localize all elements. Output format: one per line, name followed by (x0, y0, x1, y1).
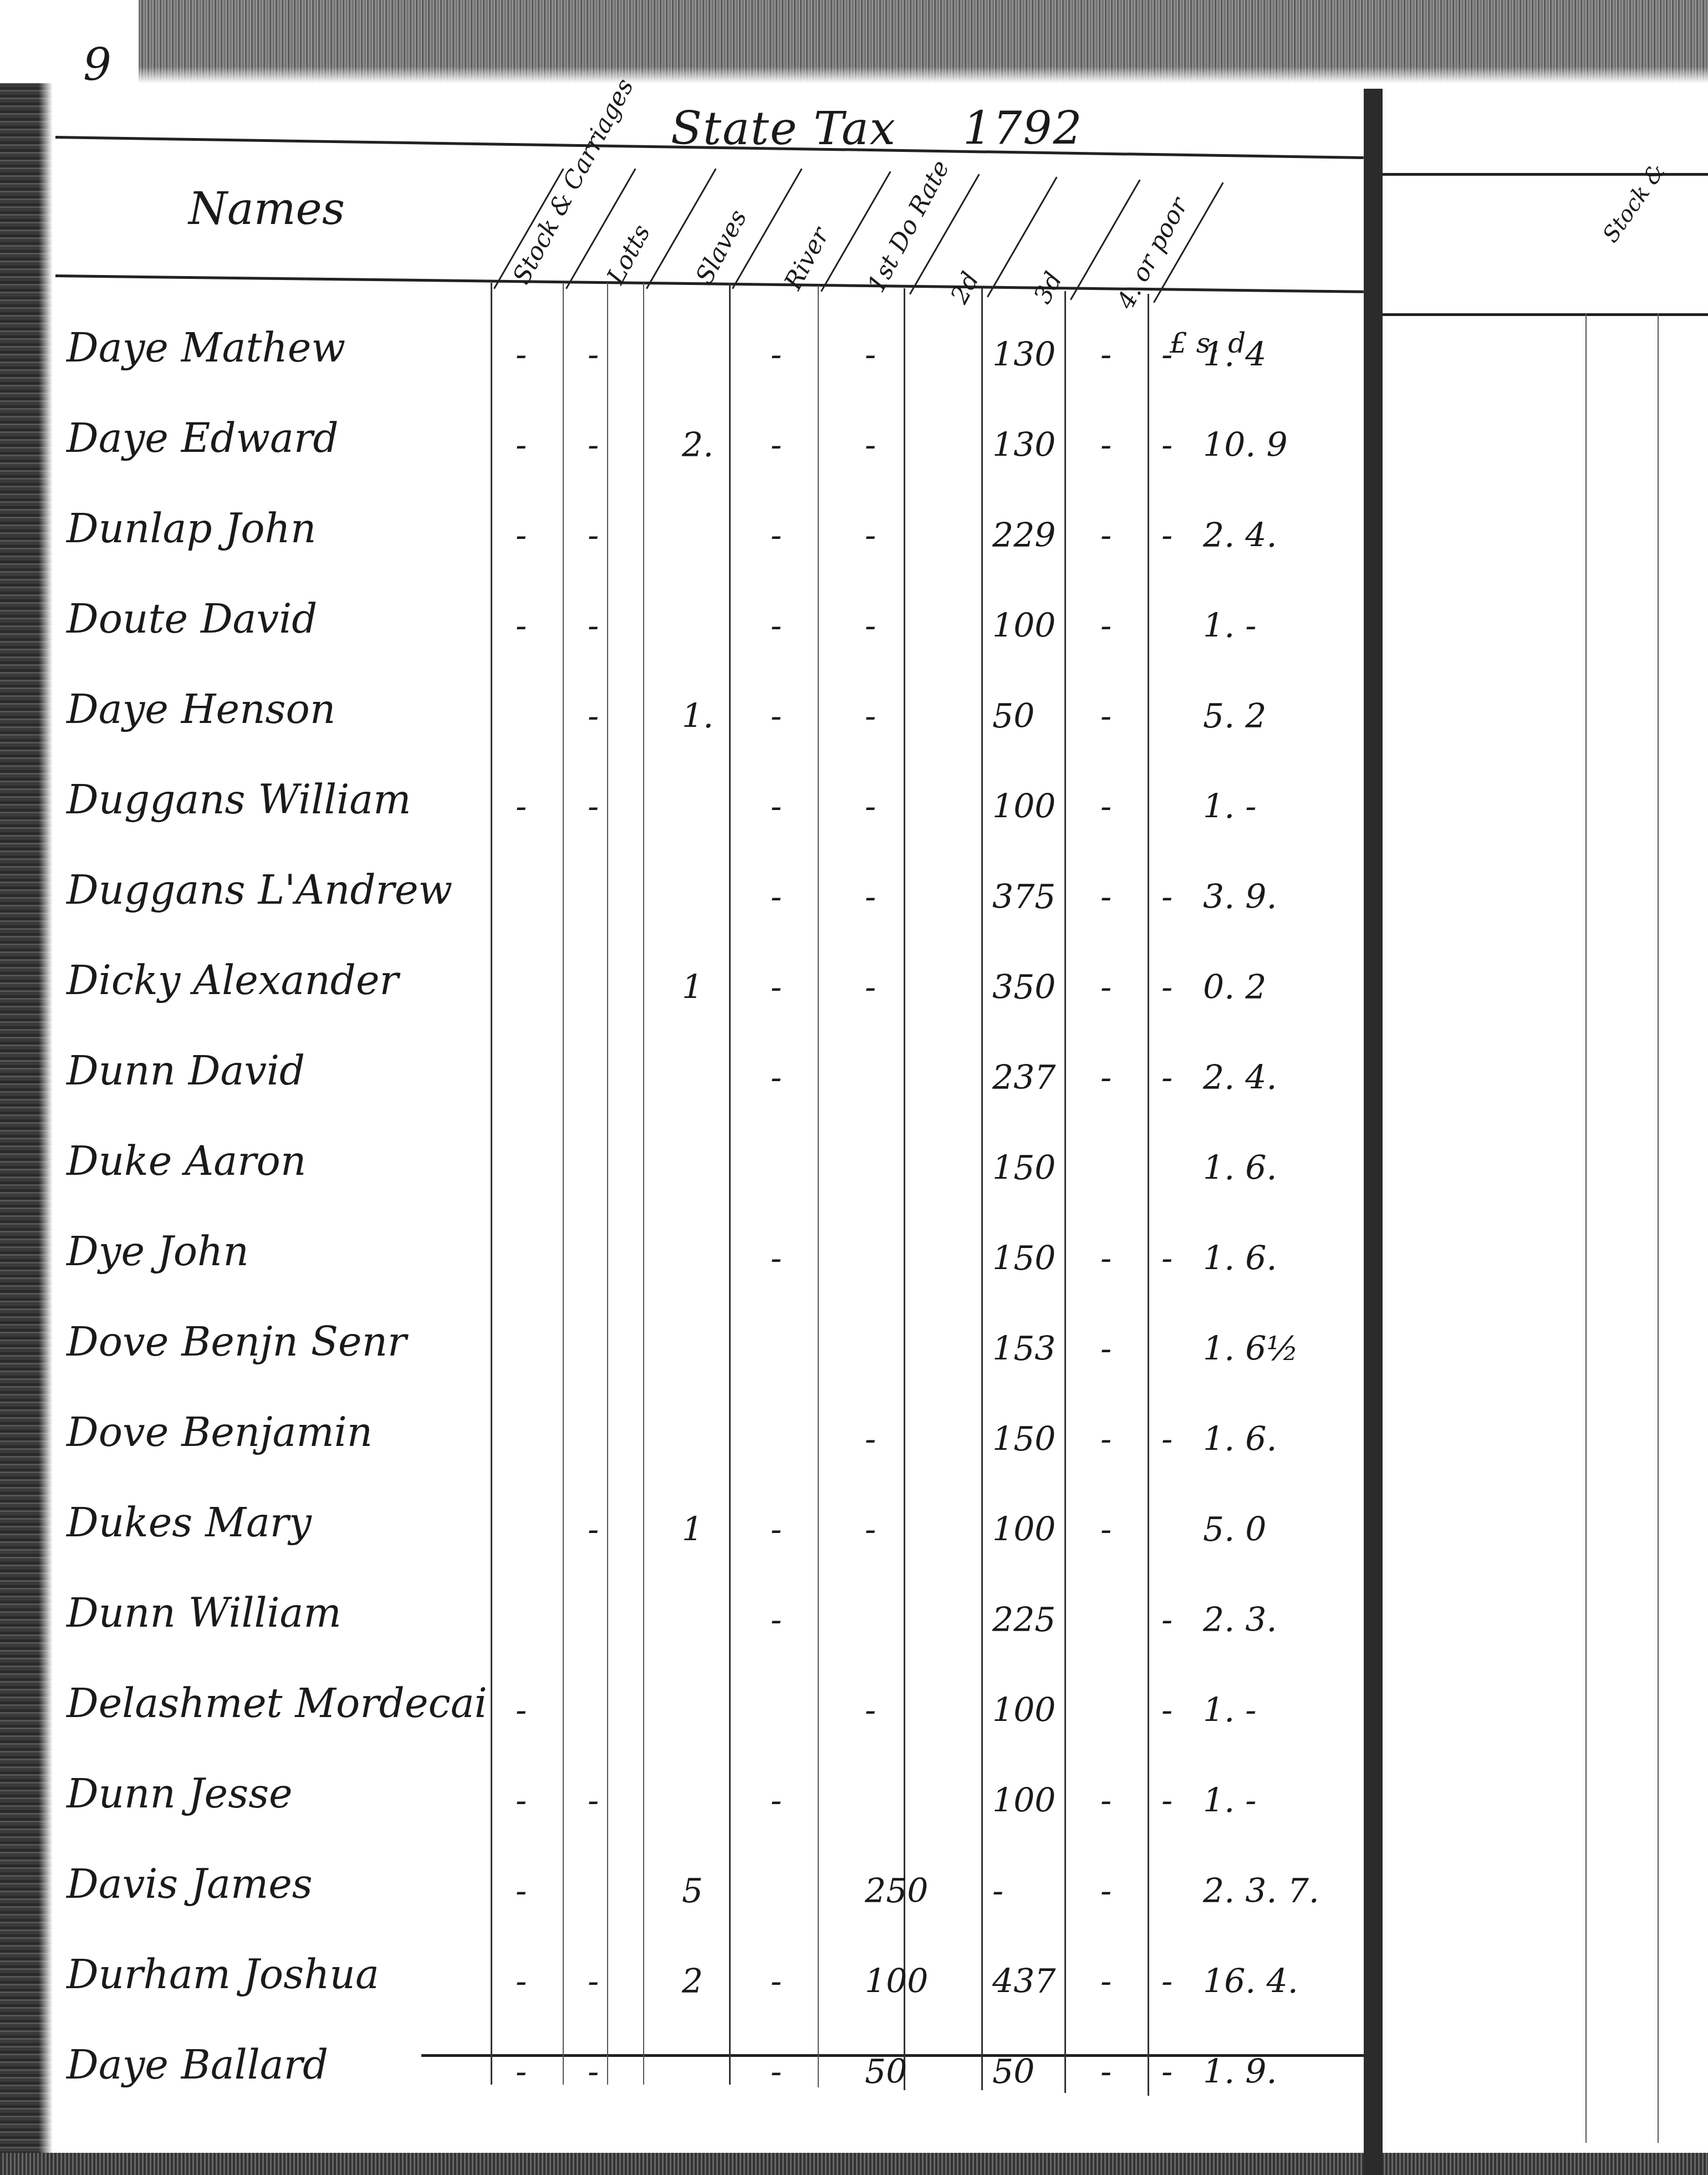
cell-second: 150 (992, 1239, 1056, 1278)
cell-third: - (1100, 335, 1112, 374)
cell-fourth-poor: - (1161, 878, 1172, 916)
cell-river: - (771, 335, 782, 374)
cell-slaves: 1 (682, 968, 703, 1007)
taxpayer-name: Durham Joshua (67, 1951, 379, 1998)
cell-tax-amount: 2. 3. 7. (1203, 1872, 1319, 1911)
ledger-row: Dunn Jesse - - - 100 - - 1. - (0, 1759, 1364, 1851)
cell-third: - (1100, 787, 1112, 826)
page-gutter-divider (1364, 89, 1383, 2175)
ledger-row: Daye Edward - - 2. - - 130 - - 10. 9 (0, 404, 1364, 495)
ledger-row: Duggans L'Andrew - - 375 - - 3. 9. (0, 855, 1364, 947)
ledger-row: Davis James - 5 250 - - 2. 3. 7. (0, 1850, 1364, 1941)
cell-stock-carriages: - (516, 516, 527, 555)
cell-stock-carriages: - (516, 2052, 527, 2091)
cell-second: 50 (992, 2052, 1034, 2091)
cell-first-rate: - (865, 335, 876, 374)
cell-lotts: - (588, 1510, 599, 1549)
ledger-row: Dunn David - 237 - - 2. 4. (0, 1036, 1364, 1128)
taxpayer-name: Dunn David (67, 1047, 305, 1094)
cell-third: - (1100, 968, 1112, 1007)
cell-fourth-poor: - (1161, 1601, 1172, 1639)
cell-third: - (1100, 1872, 1112, 1911)
cell-fourth-poor: - (1161, 1058, 1172, 1097)
taxpayer-name: Davis James (67, 1861, 313, 1907)
cell-tax-amount: 1. - (1203, 1691, 1257, 1730)
cell-stock-carriages: - (516, 1691, 527, 1730)
cell-river: - (771, 426, 782, 465)
cell-first-rate: 100 (865, 1962, 929, 2001)
column-header-second: 2d (945, 267, 985, 308)
cell-lotts: - (588, 516, 599, 555)
cell-first-rate: - (865, 697, 876, 736)
cell-river: - (771, 968, 782, 1007)
cell-stock-carriages: - (516, 1872, 527, 1911)
column-header-names: Names (188, 183, 345, 235)
ledger-row: Dye John - 150 - - 1. 6. (0, 1217, 1364, 1308)
cell-third: - (1100, 516, 1112, 555)
cell-second: 225 (992, 1601, 1056, 1639)
scan-shadow-top (139, 0, 1708, 83)
cell-tax-amount: 1. 6. (1203, 1239, 1277, 1278)
taxpayer-name: Dukes Mary (67, 1499, 312, 1546)
cell-tax-amount: 0. 2 (1203, 968, 1267, 1007)
column-header-first-rate: 1st Do Rate (862, 156, 955, 297)
cell-second: 100 (992, 1510, 1056, 1549)
cell-first-rate: - (865, 1691, 876, 1730)
cell-tax-amount: 1. 6½ (1203, 1330, 1299, 1368)
cell-second: 130 (992, 335, 1056, 374)
cell-second: 130 (992, 426, 1056, 465)
cell-second: 100 (992, 1691, 1056, 1730)
cell-second: 375 (992, 878, 1056, 916)
page-number: 9 (83, 39, 111, 90)
taxpayer-name: Duggans William (67, 776, 411, 823)
cell-third: - (1100, 1330, 1112, 1368)
cell-river: - (771, 1601, 782, 1639)
cell-lotts: - (588, 787, 599, 826)
taxpayer-name: Daye Edward (67, 415, 339, 461)
cell-lotts: - (588, 335, 599, 374)
cell-fourth-poor: - (1161, 2052, 1172, 2091)
cell-river: - (771, 697, 782, 736)
cell-tax-amount: 5. 2 (1203, 697, 1267, 736)
taxpayer-name: Dunn William (67, 1590, 341, 1636)
cell-second: 153 (992, 1330, 1056, 1368)
cell-river: - (771, 878, 782, 916)
cell-tax-amount: 1. 6. (1203, 1420, 1277, 1459)
cell-third: - (1100, 1962, 1112, 2001)
cell-lotts: - (588, 2052, 599, 2091)
ledger-row: Dukes Mary - 1 - - 100 - 5. 0 (0, 1488, 1364, 1580)
taxpayer-name: Daye Mathew (67, 324, 345, 371)
cell-fourth-poor: - (1161, 1781, 1172, 1820)
cell-third: - (1100, 2052, 1112, 2091)
taxpayer-name: Daye Ballard (67, 2041, 328, 2088)
ledger-row: Duggans William - - - - 100 - 1. - (0, 765, 1364, 857)
taxpayer-name: Delashmet Mordecai (67, 1680, 487, 1726)
cell-river: - (771, 1962, 782, 2001)
cell-fourth-poor: - (1161, 1691, 1172, 1730)
column-header-third: 3d (1028, 267, 1068, 308)
ledger-row: Duke Aaron 150 1. 6. (0, 1127, 1364, 1218)
cell-river: - (771, 1239, 782, 1278)
cell-third: - (1100, 426, 1112, 465)
taxpayer-name: Duggans L'Andrew (67, 867, 452, 913)
cell-lotts: - (588, 697, 599, 736)
column-header-lotts: Lotts (601, 220, 656, 289)
cell-tax-amount: 2. 4. (1203, 1058, 1277, 1097)
cell-tax-amount: 1. 6. (1203, 1149, 1277, 1188)
cell-stock-carriages: - (516, 1962, 527, 2001)
cell-tax-amount: 1. 9. (1203, 2052, 1277, 2091)
title-year: 1792 (963, 103, 1083, 155)
cell-tax-amount: 3. 9. (1203, 878, 1277, 916)
cell-second: 50 (992, 697, 1034, 736)
cell-fourth-poor: - (1161, 1420, 1172, 1459)
cell-slaves: 5 (682, 1872, 703, 1911)
cell-river: - (771, 2052, 782, 2091)
cell-second: 229 (992, 516, 1056, 555)
cell-second: - (992, 1872, 1003, 1911)
cell-first-rate: - (865, 1510, 876, 1549)
cell-third: - (1100, 1781, 1112, 1820)
cell-third: - (1100, 697, 1112, 736)
cell-second: 100 (992, 1781, 1056, 1820)
cell-first-rate: - (865, 516, 876, 555)
cell-slaves: 1 (682, 1510, 703, 1549)
right-page-column-header: Stock & (1598, 159, 1670, 247)
taxpayer-name: Dove Benjamin (67, 1409, 373, 1455)
cell-stock-carriages: - (516, 335, 527, 374)
ledger-row: Dove Benjn Senr 153 - 1. 6½ (0, 1307, 1364, 1399)
right-page-column-rule (1658, 313, 1659, 2143)
cell-tax-amount: 2. 4. (1203, 516, 1277, 555)
taxpayer-name: Dye John (67, 1228, 249, 1275)
cell-second: 437 (992, 1962, 1056, 2001)
cell-lotts: - (588, 1962, 599, 2001)
cell-tax-amount: 16. 4. (1203, 1962, 1298, 2001)
cell-tax-amount: 1. - (1203, 607, 1257, 645)
cell-third: - (1100, 1058, 1112, 1097)
scan-shadow-bottom (0, 2153, 1708, 2175)
cell-tax-amount: 1. - (1203, 1781, 1257, 1820)
ledger-row: Dunlap John - - - - 229 - - 2. 4. (0, 494, 1364, 585)
cell-third: - (1100, 1510, 1112, 1549)
cell-stock-carriages: - (516, 1781, 527, 1820)
ledger-row: Durham Joshua - - 2 - 100 437 - - 16. 4. (0, 1940, 1364, 2031)
taxpayer-name: Dove Benjn Senr (67, 1318, 406, 1365)
cell-river: - (771, 516, 782, 555)
cell-tax-amount: 10. 9 (1203, 426, 1288, 465)
cell-first-rate: 250 (865, 1872, 929, 1911)
taxpayer-name: Dunlap John (67, 505, 316, 552)
cell-river: - (771, 1510, 782, 1549)
cell-lotts: - (588, 607, 599, 645)
cell-slaves: 2 (682, 1962, 703, 2001)
ledger-row: Daye Henson - 1. - - 50 - 5. 2 (0, 675, 1364, 766)
cell-second: 100 (992, 607, 1056, 645)
ledger-row: Dunn William - 225 - 2. 3. (0, 1578, 1364, 1670)
cell-second: 350 (992, 968, 1056, 1007)
cell-river: - (771, 787, 782, 826)
right-page-column-rule (1585, 313, 1587, 2143)
cell-third: - (1100, 607, 1112, 645)
column-header-slaves: Slaves (690, 205, 753, 289)
cell-second: 100 (992, 787, 1056, 826)
cell-river: - (771, 607, 782, 645)
right-page-header-rule (1383, 313, 1708, 316)
cell-first-rate: - (865, 607, 876, 645)
cell-second: 150 (992, 1149, 1056, 1188)
cell-first-rate: - (865, 968, 876, 1007)
cell-third: - (1100, 878, 1112, 916)
ledger-row: Dove Benjamin - 150 - - 1. 6. (0, 1398, 1364, 1489)
taxpayer-name: Dunn Jesse (67, 1770, 293, 1817)
cell-stock-carriages: - (516, 607, 527, 645)
cell-third: - (1100, 1420, 1112, 1459)
cell-fourth-poor: - (1161, 1962, 1172, 2001)
cell-river: - (771, 1781, 782, 1820)
cell-lotts: - (588, 426, 599, 465)
cell-second: 237 (992, 1058, 1056, 1097)
cell-fourth-poor: - (1161, 1239, 1172, 1278)
cell-fourth-poor: - (1161, 968, 1172, 1007)
taxpayer-name: Duke Aaron (67, 1138, 306, 1184)
taxpayer-name: Daye Henson (67, 686, 335, 732)
cell-second: 150 (992, 1420, 1056, 1459)
cell-fourth-poor: - (1161, 426, 1172, 465)
cell-slaves: 1. (682, 697, 713, 736)
cell-third: - (1100, 1239, 1112, 1278)
cell-tax-amount: 5. 0 (1203, 1510, 1267, 1549)
cell-tax-amount: 2. 3. (1203, 1601, 1277, 1639)
ledger-row: Daye Mathew - - - - 130 - - 1. 4 (0, 313, 1364, 405)
ledger-row: Dicky Alexander 1 - - 350 - - 0. 2 (0, 946, 1364, 1037)
cell-river: - (771, 1058, 782, 1097)
ledger-row: Delashmet Mordecai - - 100 - 1. - (0, 1669, 1364, 1760)
cell-tax-amount: 1. - (1203, 787, 1257, 826)
cell-stock-carriages: - (516, 787, 527, 826)
ledger-row: Daye Ballard - - - 50 50 - - 1. 9. (0, 2030, 1364, 2122)
cell-first-rate: - (865, 426, 876, 465)
cell-first-rate: - (865, 787, 876, 826)
ledger-row: Doute David - - - - 100 - 1. - (0, 584, 1364, 676)
cell-first-rate: - (865, 878, 876, 916)
cell-slaves: 2. (682, 426, 713, 465)
cell-fourth-poor: - (1161, 335, 1172, 374)
cell-first-rate: 50 (865, 2052, 907, 2091)
cell-fourth-poor: - (1161, 516, 1172, 555)
taxpayer-name: Dicky Alexander (67, 957, 399, 1004)
cell-tax-amount: 1. 4 (1203, 335, 1267, 374)
taxpayer-name: Doute David (67, 595, 317, 642)
cell-first-rate: - (865, 1420, 876, 1459)
cell-lotts: - (588, 1781, 599, 1820)
cell-stock-carriages: - (516, 426, 527, 465)
